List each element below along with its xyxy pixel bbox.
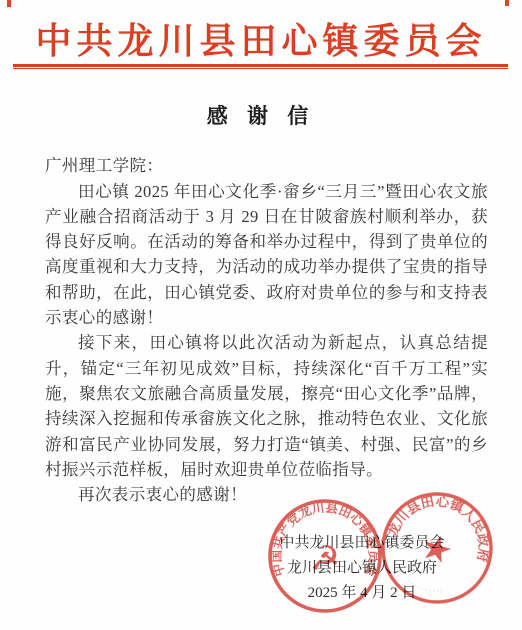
letter-title: 感 谢 信 [0,100,522,130]
letterhead-double-rule [13,64,508,69]
hammer-and-sickle-icon: ☭ [310,539,340,579]
letterhead-org-name: 中共龙川县田心镇委员会 [10,22,512,60]
letter-page: 中共龙川县田心镇委员会 感 谢 信 广州理工学院： 田心镇 2025 年田心文化… [0,0,522,630]
rule-line-thin [13,68,508,69]
scan-mark-top-left [7,0,11,7]
salutation: 广州理工学院： [45,153,488,178]
rule-line-thick [13,64,508,67]
paragraph-1: 田心镇 2025 年田心文化季·畲乡“三月三”暨田心农文旅产业融合招商活动于 3… [45,179,488,331]
party-committee-seal: 中国共产党龙川县田心镇委员会 ☭ [263,494,387,618]
paragraph-2: 接下来，田心镇将以此次活动为新起点，认真总结提升，锚定“三年初见成效”目标，持续… [45,330,488,482]
scan-mark-top-right [505,0,509,6]
star-icon: ★ [415,525,457,573]
party-seal-graphic: 中国共产党龙川县田心镇委员会 ☭ [263,494,387,618]
letter-body: 广州理工学院： 田心镇 2025 年田心文化季·畲乡“三月三”暨田心农文旅产业融… [45,153,488,507]
